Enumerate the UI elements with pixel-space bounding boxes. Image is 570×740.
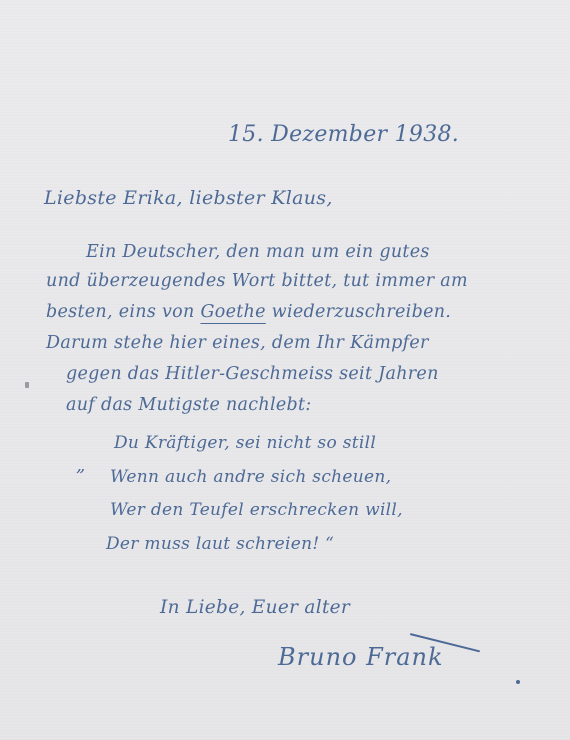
letter-salutation: Liebste Erika, liebster Klaus,: [44, 187, 333, 209]
body-line-3-suffix: wiederzuschreiben.: [266, 302, 451, 322]
body-line-2: und überzeugendes Wort bittet, tut immer…: [46, 271, 468, 291]
letter-date: 15. Dezember 1938.: [228, 122, 459, 147]
body-line-5: gegen das Hitler-Geschmeiss seit Jahren: [66, 364, 439, 384]
signature: Bruno Frank: [278, 643, 444, 671]
poem-line-4: Der muss laut schreien! “: [106, 534, 334, 554]
poem-line-1: Du Kräftiger, sei nicht so still: [114, 433, 376, 453]
opening-quote-mark: „: [76, 455, 86, 476]
underlined-goethe: Goethe: [200, 302, 265, 322]
body-line-3: besten, eins von Goethe wiederzuschreibe…: [46, 302, 451, 322]
letter-closing: In Liebe, Euer alter: [160, 597, 350, 618]
margin-mark: [25, 382, 29, 388]
body-line-4: Darum stehe hier eines, dem Ihr Kämpfer: [46, 333, 429, 353]
body-line-1: Ein Deutscher, den man um ein gutes: [86, 242, 430, 262]
body-line-6: auf das Mutigste nachlebt:: [66, 395, 312, 415]
letter-paper: 15. Dezember 1938. Liebste Erika, liebst…: [0, 0, 570, 740]
signature-period: [516, 680, 520, 684]
body-line-3-prefix: besten, eins von: [46, 302, 200, 322]
poem-line-3: Wer den Teufel erschrecken will,: [110, 500, 403, 520]
poem-line-2: Wenn auch andre sich scheuen,: [110, 467, 391, 487]
